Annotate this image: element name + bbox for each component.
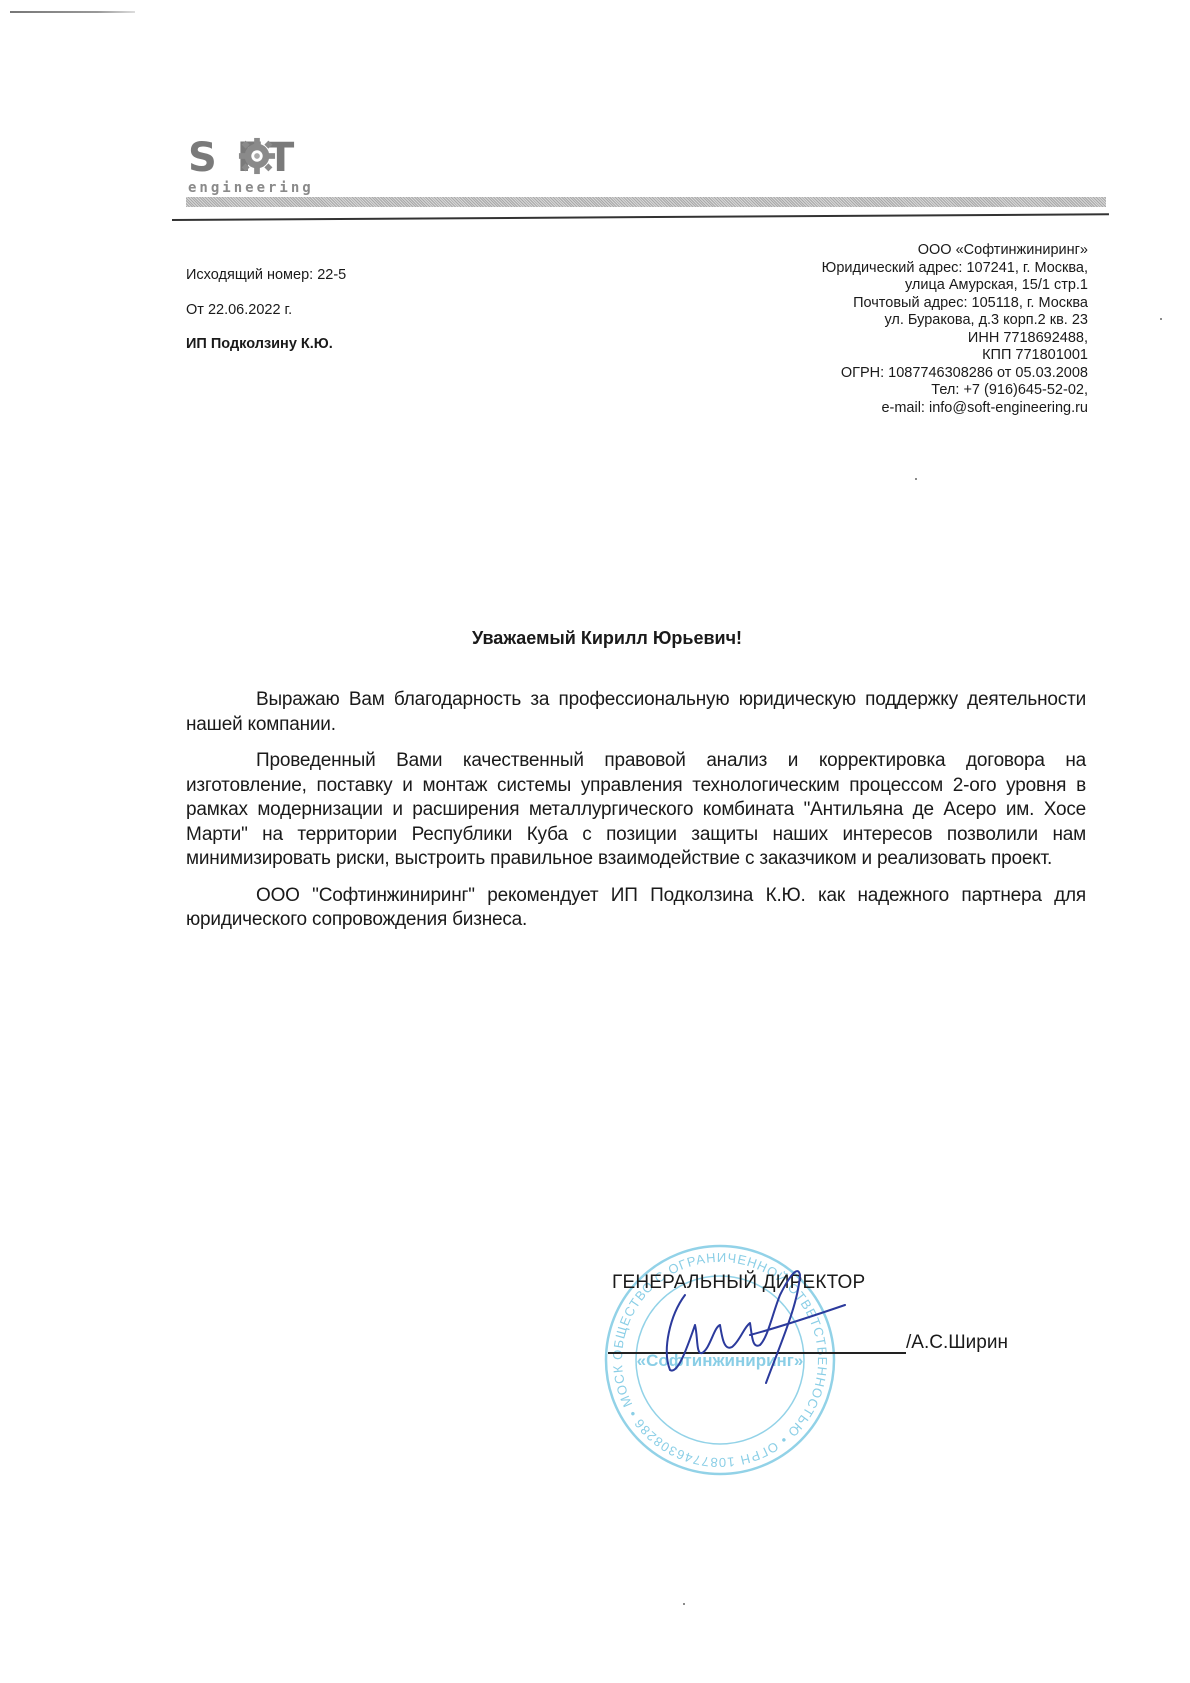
letter-body: Выражаю Вам благодарность за профессиона… xyxy=(186,688,1086,945)
inn: ИНН 7718692488, xyxy=(822,330,1088,348)
paragraph-project: Проведенный Вами качественный правовой а… xyxy=(186,749,1086,872)
letter-meta: Исходящий номер: 22-5 От 22.06.2022 г. И… xyxy=(186,268,346,372)
logo-subtitle: engineering xyxy=(188,180,314,196)
paragraph-gratitude: Выражаю Вам благодарность за профессиона… xyxy=(186,688,1086,737)
scan-speck xyxy=(1160,318,1162,320)
handwritten-signature xyxy=(640,1265,850,1385)
salutation: Уважаемый Кирилл Юрьевич! xyxy=(0,628,1190,649)
letterhead-band xyxy=(186,197,1106,207)
email: e-mail: info@soft-engineering.ru xyxy=(822,400,1088,418)
ogrn: ОГРН: 1087746308286 от 05.03.2008 xyxy=(822,365,1088,383)
postal-address-street: ул. Буракова, д.3 корп.2 кв. 23 xyxy=(822,312,1088,330)
postal-address: Почтовый адрес: 105118, г. Москва xyxy=(822,295,1088,313)
legal-address: Юридический адрес: 107241, г. Москва, xyxy=(822,260,1088,278)
legal-address-street: улица Амурская, 15/1 стр.1 xyxy=(822,277,1088,295)
signatory-name: /А.С.Ширин xyxy=(906,1332,1008,1354)
letter-date: От 22.06.2022 г. xyxy=(186,303,346,318)
company-name: ООО «Софтинжиниринг» xyxy=(822,242,1088,260)
scan-artifact-line xyxy=(10,11,135,13)
phone: Тел: +7 (916)645-52-02, xyxy=(822,382,1088,400)
paragraph-recommendation: ООО "Софтинжиниринг" рекомендует ИП Подк… xyxy=(186,884,1086,933)
scan-speck xyxy=(915,478,917,480)
company-logo: S FT engineering xyxy=(188,135,368,205)
kpp: КПП 771801001 xyxy=(822,347,1088,365)
recipient: ИП Подколзину К.Ю. xyxy=(186,337,346,352)
outgoing-number: Исходящий номер: 22-5 xyxy=(186,268,346,283)
gear-icon xyxy=(238,137,276,175)
company-details: ООО «Софтинжиниринг» Юридический адрес: … xyxy=(822,242,1088,417)
letterhead-rule xyxy=(172,213,1109,221)
scan-speck xyxy=(683,1603,685,1605)
salutation-text: Уважаемый Кирилл Юрьевич! xyxy=(472,628,742,648)
